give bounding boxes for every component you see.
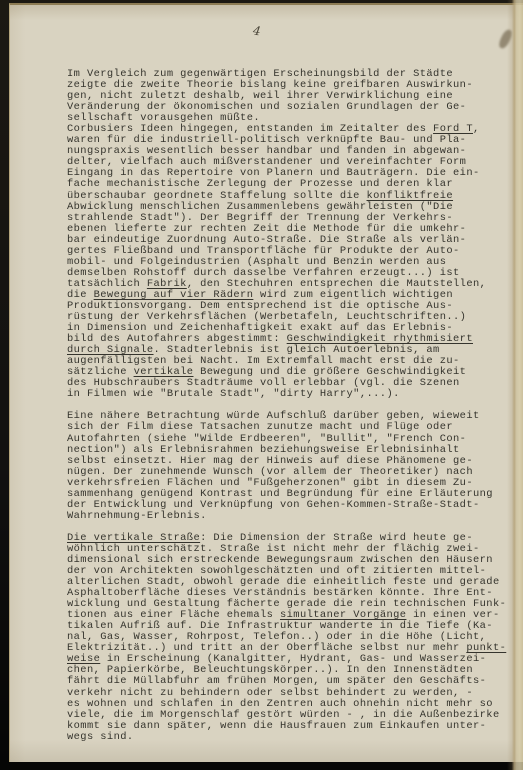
text-segment: Wahrnehmung-Erlebnis. [67,510,207,522]
paragraph: Die vertikale Straße: Die Dimension der … [67,533,519,743]
text-segment: , [473,123,480,135]
text-line: wegs sind. [67,732,519,743]
text-line: kommt sie dann später, wenn die Hausfrau… [67,721,519,732]
text-line: Wahrnehmung-Erlebnis. [67,511,519,522]
document-body: Im Vergleich zum gegenwärtigen Erscheinu… [67,69,519,743]
scanned-document: 4 Im Vergleich zum gegenwärtigen Erschei… [0,0,523,770]
paragraph: Eine nähere Betrachtung würde Aufschluß … [67,411,519,521]
page-number: 4 [252,24,262,39]
page-edge-shadow [507,0,523,770]
paper-sheet: 4 Im Vergleich zum gegenwärtigen Erschei… [9,3,523,762]
text-segment: wegs sind. [67,731,134,743]
paragraph: Im Vergleich zum gegenwärtigen Erscheinu… [67,69,519,400]
text-line: in Filmen wie "Brutale Stadt", "dirty Ha… [67,389,519,400]
text-segment: in Filmen wie "Brutale Stadt", "dirty Ha… [67,388,400,400]
